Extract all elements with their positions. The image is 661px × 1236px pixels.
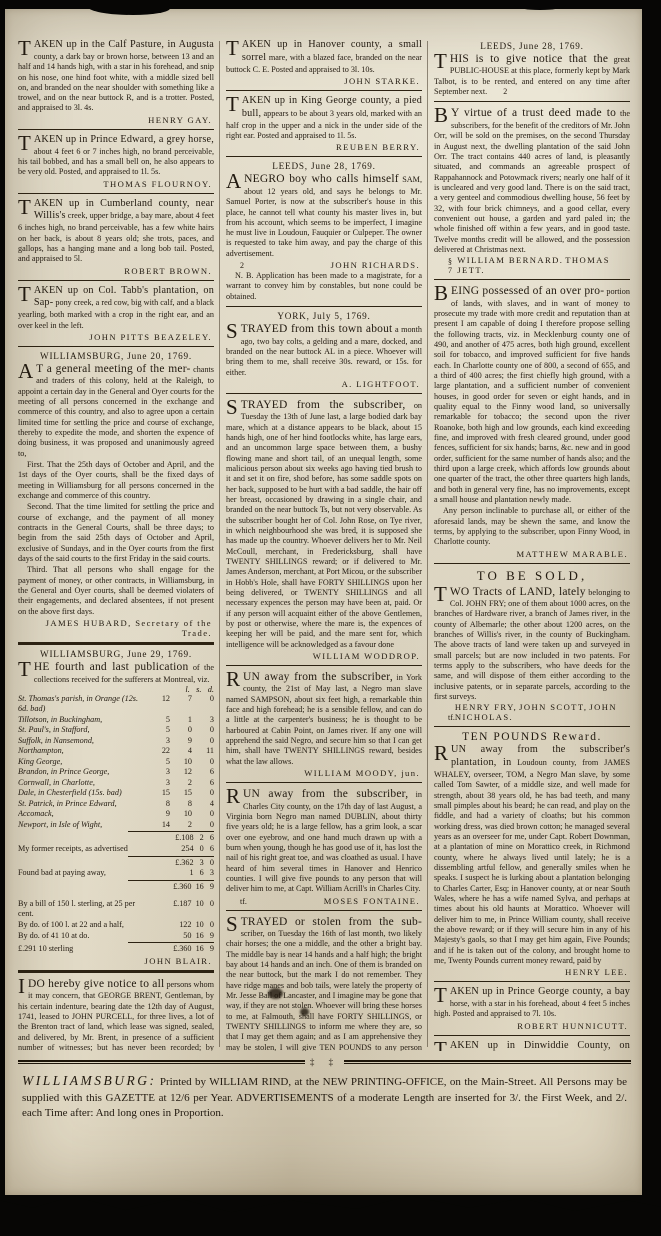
news-article-collections-publication: WILLIAMSBURG, June 29, 1769. THE fourth … (18, 649, 214, 966)
sum-label (18, 833, 142, 844)
news-article-brent-lease-notice: IDO hereby give notice to all persons wh… (18, 977, 214, 1051)
article-divider (226, 306, 422, 307)
news-article-taken-hanover: TAKEN up in Hanover county, a small sorr… (226, 39, 422, 86)
article-body: BEING possessed of an over pro- portion … (434, 284, 630, 505)
signature: REUBEN BERRY. (226, 142, 420, 152)
pence: 0 (192, 809, 214, 820)
news-article-merchants-meeting: WILLIAMSBURG, June 20, 1769. AT a genera… (18, 351, 214, 638)
pounds: 3 (148, 767, 170, 778)
sum-value: £.187 10 0 (142, 899, 214, 920)
article-body: TWO Tracts of LAND, lately belonging to … (434, 585, 630, 703)
article-body: STRAYED from this town about a month ago… (226, 322, 422, 378)
article-divider (226, 90, 422, 91)
sum-row: £.291 10 sterling£.360 16 9 (18, 944, 214, 955)
news-article-fry-land-sale: TO BE SOLD, TWO Tracts of LAND, lately b… (434, 568, 630, 723)
article-lead: EING possessed of an over pro- (451, 285, 604, 297)
signature-row: § 7 WILLIAM BERNARD.THOMAS JETT. (434, 255, 630, 275)
signature-row: tf.MOSES FONTAINE. (226, 895, 422, 906)
sum-row: £.108 2 6 (18, 833, 214, 844)
printer-colophon: WILLIAMSBURG: Printed by WILLIAM RIND, a… (18, 1071, 631, 1122)
article-divider (18, 280, 214, 281)
article-divider (18, 346, 214, 347)
parish-name: Dale, in Chesterfield (15s. bad) (18, 788, 148, 799)
sum-label (18, 858, 142, 869)
article-body: IDO hereby give notice to all persons wh… (18, 977, 214, 1051)
table-row: Suffolk, in Nansemond,390 (18, 736, 214, 747)
news-article-strayed-bay-mare: STRAYED from the subscriber, on Tuesday … (226, 398, 422, 661)
section-divider (18, 642, 214, 645)
sum-value: £.362 3 0 (142, 858, 214, 869)
article-lead: UN away from the subscriber, (243, 671, 393, 683)
shillings: 12 (170, 767, 192, 778)
signature: JOHN BLAIR. (18, 956, 212, 966)
signature: HENRY FRY, (455, 702, 517, 712)
collections-table: St. Thomas's parish, in Orange (12s. 6d.… (18, 694, 214, 831)
ink-blot (268, 988, 283, 999)
article-body: TAKEN up in Prince George county, a bay … (434, 986, 630, 1020)
drop-cap: S (226, 915, 241, 932)
insertion-marker: tf. (434, 713, 455, 722)
rule-bar (344, 1060, 631, 1064)
signature: WILLIAM WODDROP. (226, 651, 420, 661)
pounds: 15 (148, 788, 170, 799)
news-article-negro-boy-sam: LEEDS, June 28, 1769. ANEGRO boy who cal… (226, 161, 422, 302)
drop-cap: S (226, 322, 241, 339)
sum-row: By a bill of 150 l. sterling, at 25 per … (18, 899, 214, 920)
column-rule (427, 41, 428, 1047)
sum-row: £.360 16 9 (18, 882, 214, 893)
torn-edge-blob (514, 0, 566, 10)
article-text: scriber, on Tuesday the 16th of last mon… (226, 929, 422, 1051)
news-article-strayed-chair-horses: STRAYED or stolen from the sub- scriber,… (226, 915, 422, 1052)
parish-name: Newport, in Isle of Wight, (18, 820, 148, 831)
news-article-taken-cumberland: TAKEN up in Cumberland county, near Will… (18, 198, 214, 276)
advert-headline: TEN POUNDS Reward. (434, 731, 630, 743)
resolution-second: Second. That the time limited for settli… (18, 502, 214, 564)
drop-cap: R (226, 670, 243, 687)
dateline: LEEDS, June 28, 1769. (434, 41, 630, 51)
article-body: TAKEN up in Cumberland county, near Will… (18, 198, 214, 265)
sum-value: £.108 2 6 (142, 833, 214, 844)
article-text: in York county, the 21st of May last, a … (226, 673, 422, 766)
news-article-public-house: LEEDS, June 28, 1769. THIS is to give no… (434, 41, 630, 97)
sum-row: By do. of 41 10 at do.50 16 9 (18, 931, 214, 942)
parish-name: Cornwall, in Charlotte, (18, 778, 148, 789)
article-divider (434, 279, 630, 280)
parish-name: Northampton, (18, 746, 148, 757)
news-article-taken-prince-edward: TAKEN up in Prince Edward, a grey horse,… (18, 134, 214, 189)
shillings: 10 (170, 757, 192, 768)
article-text: portion of lands, with slaves, and in wa… (434, 287, 630, 504)
news-article-strayed-york: YORK, July 5, 1769. STRAYED from this to… (226, 311, 422, 389)
shillings: 2 (170, 778, 192, 789)
drop-cap: T (18, 285, 34, 302)
shillings: 9 (170, 736, 192, 747)
article-lead: HE fourth and last publication (34, 661, 189, 673)
dateline: WILLIAMSBURG, June 20, 1769. (18, 351, 214, 361)
table-row: Accomack,9100 (18, 809, 214, 820)
signature: JOHN PITTS BEAZELEY. (18, 332, 212, 342)
pounds: 5 (148, 725, 170, 736)
article-lead: NEGRO boy who calls himself (244, 173, 399, 185)
signature: JOHN STARKE. (226, 76, 420, 86)
pence: 6 (192, 767, 214, 778)
drop-cap: T (434, 1040, 450, 1051)
drop-cap: B (434, 106, 451, 123)
dateline: WILLIAMSBURG, June 29, 1769. (18, 649, 214, 659)
sum-label: Found bad at paying away, (18, 868, 142, 879)
article-divider (434, 981, 630, 982)
article-divider (226, 393, 422, 394)
insertion-marker: tf. (226, 897, 247, 906)
article-divider (226, 782, 422, 783)
pounds: 3 (148, 778, 170, 789)
scan-edge-right (645, 0, 661, 1236)
shillings: 15 (170, 788, 192, 799)
article-body: RUN away from the subscriber, in Charles… (226, 787, 422, 894)
parish-name: St. Thomas's parish, in Orange (12s. 6d.… (18, 694, 148, 715)
insertion-marker: 2 (226, 261, 244, 270)
sum-rule (128, 880, 214, 881)
news-article-taken-king-george: TAKEN up in King George county, a pied b… (226, 95, 422, 152)
drop-cap: T (18, 39, 34, 56)
sum-value: £.360 16 9 (142, 944, 214, 955)
drop-cap: T (434, 986, 450, 1003)
article-lead: HIS is to give notice that the (450, 53, 608, 65)
pounds: 12 (148, 694, 170, 715)
table-row: St. Patrick, in Prince Edward,884 (18, 799, 214, 810)
shillings: 1 (170, 715, 192, 726)
article-body: ANEGRO boy who calls himself SAM, about … (226, 172, 422, 259)
article-text: Loudoun county, from JAMES WHALEY, overs… (434, 758, 630, 965)
signature: WILLIAM MOODY, jun. (226, 768, 420, 778)
sum-value: 122 10 0 (142, 920, 214, 931)
table-row: Tillotson, in Buckingham,513 (18, 715, 214, 726)
footer-rule: ‡ ‡ (18, 1057, 631, 1067)
table-row: Dale, in Chesterfield (15s. bad)15150 (18, 788, 214, 799)
sum-value: 50 16 9 (142, 931, 214, 942)
colophon-place: WILLIAMSBURG: (22, 1073, 156, 1088)
article-text: the subscribers, for the benefit of the … (434, 109, 630, 253)
sum-value: 254 0 6 (142, 844, 214, 855)
article-body: THE fourth and last publication of the c… (18, 660, 214, 685)
signature-row: 2JOHN RICHARDS. (226, 259, 422, 270)
pence: 0 (192, 788, 214, 799)
drop-cap: R (434, 744, 451, 761)
table-row: Cornwall, in Charlotte,326 (18, 778, 214, 789)
article-lead: UN away from the subscriber, (243, 788, 408, 800)
pounds: 3 (148, 736, 170, 747)
article-divider (226, 910, 422, 911)
article-body: AT a general meeting of the mer- chants … (18, 362, 214, 459)
article-body: RUN away from the subscriber, in York co… (226, 670, 422, 767)
signatures: HENRY FRY,JOHN SCOTT,JOHN NICHOLAS. (455, 702, 630, 722)
sum-label: By a bill of 150 l. sterling, at 25 per … (18, 899, 142, 920)
signature: JOHN RICHARDS. (331, 260, 420, 270)
article-text: chants and traders of this colony, held … (18, 365, 214, 458)
pence: 11 (192, 746, 214, 757)
table-row: Brandon, in Prince George,3126 (18, 767, 214, 778)
signatures: WILLIAM BERNARD.THOMAS JETT. (457, 255, 630, 275)
article-body: BY virtue of a trust deed made to the su… (434, 106, 630, 255)
news-article-taken-dinwiddie: TAKEN up in Dinwiddie County, on Rocky r… (434, 1040, 630, 1051)
news-article-ten-pounds-reward: TEN POUNDS Reward. RUN away from the sub… (434, 731, 630, 977)
parish-name: St. Paul's, in Stafford, (18, 725, 148, 736)
sum-value: £.360 16 9 (142, 882, 214, 893)
sum-label: £.291 10 sterling (18, 944, 142, 955)
sum-row: My former receipts, as advertised254 0 6 (18, 844, 214, 855)
article-lead: WO Tracts of LAND, lately (450, 586, 586, 598)
article-lead: TRAYED from this town about (241, 323, 393, 335)
resolution-third: Third. That all persons who shall engage… (18, 565, 214, 617)
sum-rule (128, 942, 214, 943)
pounds: 8 (148, 799, 170, 810)
resolution-first: First. That the 25th days of October and… (18, 460, 214, 501)
article-lead: AKEN up in Prince Edward, a grey horse, (34, 134, 214, 145)
signature: HENRY GAY. (18, 115, 212, 125)
signature: JAMES HUBARD, Secretary of the Trade. (18, 618, 212, 638)
news-article-marable-lands: BEING possessed of an over pro- portion … (434, 284, 630, 558)
pence: 0 (192, 757, 214, 768)
column-rule (219, 41, 220, 1047)
article-divider (434, 726, 630, 727)
news-article-runaway-dublin: RUN away from the subscriber, in Charles… (226, 787, 422, 905)
shillings: 4 (170, 746, 192, 757)
sum-rule (128, 831, 214, 832)
article-body: THIS is to give notice that the great PU… (434, 52, 630, 97)
table-row: St. Thomas's parish, in Orange (12s. 6d.… (18, 694, 214, 715)
nota-bene: N. B. Application has been made to a mag… (226, 271, 422, 302)
drop-cap: A (18, 362, 36, 379)
drop-cap: T (18, 134, 34, 151)
article-lead: AKEN up in Dinwiddie County, on Rocky ru… (450, 1040, 630, 1051)
drop-cap: T (434, 52, 450, 69)
columns-area: TAKEN up in the Calf Pasture, in Augusta… (18, 39, 631, 1051)
sum-row: By do. of 100 l. at 22 and a half,122 10… (18, 920, 214, 931)
news-article-taken-prince-george: TAKEN up in Prince George county, a bay … (434, 986, 630, 1031)
article-body: RUN away from the subscriber's plantatio… (434, 744, 630, 966)
signature: JOHN SCOTT, (519, 702, 587, 712)
drop-cap: T (18, 660, 34, 677)
shillings: 2 (170, 820, 192, 831)
article-body: TAKEN up in Hanover county, a small sorr… (226, 39, 422, 75)
sum-row: £.362 3 0 (18, 858, 214, 869)
news-article-taken-tabbs-plantation: TAKEN up on Col. Tabb's plantation, on S… (18, 285, 214, 342)
shillings: 7 (170, 694, 192, 715)
article-body: TAKEN up in the Calf Pasture, in Augusta… (18, 39, 214, 114)
shillings: 8 (170, 799, 192, 810)
pence: 0 (192, 725, 214, 736)
shillings: 10 (170, 809, 192, 820)
newspaper-page: TAKEN up in the Calf Pasture, in Augusta… (5, 9, 642, 1195)
news-article-trust-deed-orr: BY virtue of a trust deed made to the su… (434, 106, 630, 275)
article-text: in Charles City county, on the 17th day … (226, 790, 422, 893)
news-article-taken-calf-pasture: TAKEN up in the Calf Pasture, in Augusta… (18, 39, 214, 125)
ink-blot (300, 1008, 309, 1016)
article-body: STRAYED from the subscriber, on Tuesday … (226, 398, 422, 650)
drop-cap: T (226, 95, 242, 112)
article-lead: AKEN up in Prince George county, a bay (450, 986, 630, 997)
table-row: Newport, in Isle of Wight,1420 (18, 820, 214, 831)
signature: HENRY LEE. (434, 967, 628, 977)
article-divider (18, 193, 214, 194)
parish-name: Tillotson, in Buckingham, (18, 715, 148, 726)
article-divider (434, 563, 630, 564)
article-text: belonging to Col. JOHN FRY; one of them … (434, 588, 630, 701)
parish-name: Suffolk, in Nansemond, (18, 736, 148, 747)
parish-name: Accomack, (18, 809, 148, 820)
article-divider (434, 101, 630, 102)
sum-label: My former receipts, as advertised (18, 844, 142, 855)
article-lead: T a general meeting of the mer- (36, 363, 190, 375)
signature: THOMAS FLOURNOY. (18, 179, 212, 189)
insertion-marker: § 7 (434, 257, 457, 275)
article-body: STRAYED or stolen from the sub- scriber,… (226, 915, 422, 1052)
article-body: TAKEN up in King George county, a pied b… (226, 95, 422, 141)
column-middle: TAKEN up in Hanover county, a small sorr… (226, 39, 422, 1051)
article-divider (18, 129, 214, 130)
rule-ornament: ‡ ‡ (310, 1057, 339, 1067)
drop-cap: I (18, 977, 28, 994)
article-text: persons whom it may concern, that GEORGE… (18, 980, 214, 1051)
insertion-marker: 2 (489, 87, 507, 96)
parish-name: Brandon, in Prince George, (18, 767, 148, 778)
pence: 4 (192, 799, 214, 810)
signature: WILLIAM BERNARD. (457, 255, 563, 265)
table-column-headers: l. s. d. (18, 685, 214, 694)
column-left: TAKEN up in the Calf Pasture, in Augusta… (18, 39, 214, 1051)
parish-name: King George, (18, 757, 148, 768)
sum-row: Found bad at paying away,1 6 3 (18, 868, 214, 879)
article-divider (434, 1035, 630, 1036)
drop-cap: S (226, 398, 241, 415)
pence: 0 (192, 736, 214, 747)
dateline: LEEDS, June 28, 1769. (226, 161, 422, 171)
pounds: 14 (148, 820, 170, 831)
sum-label (18, 882, 142, 893)
article-paragraph: Any person inclinable to purchase all, o… (434, 506, 630, 547)
drop-cap: T (18, 198, 34, 215)
article-body: TAKEN up on Col. Tabb's plantation, on S… (18, 285, 214, 331)
section-divider (18, 970, 214, 973)
pounds: 9 (148, 809, 170, 820)
sum-value: 1 6 3 (142, 868, 214, 879)
article-text: on Tuesday the 13th of June last, a larg… (226, 401, 422, 649)
article-lead: TRAYED or stolen from the sub- (241, 916, 422, 928)
rule-bar (18, 1060, 305, 1064)
column-right: LEEDS, June 28, 1769. THIS is to give no… (434, 39, 630, 1051)
table-row: St. Paul's, in Stafford,500 (18, 725, 214, 736)
table-row: King George,5100 (18, 757, 214, 768)
pounds: 5 (148, 757, 170, 768)
article-lead: TRAYED from the subscriber, (241, 399, 406, 411)
table-row: Northampton,22411 (18, 746, 214, 757)
article-text: county, a dark bay or brown horse, betwe… (18, 52, 214, 113)
article-lead: AKEN up in the Calf Pasture, in Augusta (34, 39, 214, 50)
scan-edge-left (0, 0, 5, 1236)
sum-label: By do. of 41 10 at do. (18, 931, 142, 942)
dateline: YORK, July 5, 1769. (226, 311, 422, 321)
parish-name: St. Patrick, in Prince Edward, (18, 799, 148, 810)
drop-cap: B (434, 284, 451, 301)
article-divider (226, 665, 422, 666)
article-text: about 4 feet 6 or 7 inches high, no bran… (18, 147, 214, 177)
pence: 0 (192, 694, 214, 715)
drop-cap: A (226, 172, 244, 189)
article-body: TAKEN up in Prince Edward, a grey horse,… (18, 134, 214, 178)
drop-cap: T (226, 39, 242, 56)
article-lead: DO hereby give notice to all (28, 978, 164, 990)
news-article-runaway-sampson: RUN away from the subscriber, in York co… (226, 670, 422, 778)
article-lead: Y virtue of a trust deed made to (451, 107, 616, 119)
pence: 0 (192, 820, 214, 831)
drop-cap: R (226, 787, 243, 804)
sum-label: By do. of 100 l. at 22 and a half, (18, 920, 142, 931)
article-divider (226, 156, 422, 157)
signature: A. LIGHTFOOT. (226, 379, 420, 389)
signature-row: tf. HENRY FRY,JOHN SCOTT,JOHN NICHOLAS. (434, 702, 630, 722)
pounds: 22 (148, 746, 170, 757)
article-body: TAKEN up in Dinwiddie County, on Rocky r… (434, 1040, 630, 1051)
article-text: SAM, about 12 years old, and says he bel… (226, 175, 422, 257)
drop-cap: T (434, 585, 450, 602)
pence: 3 (192, 715, 214, 726)
signature: MATTHEW MARABLE. (434, 549, 628, 559)
shillings: 0 (170, 725, 192, 736)
article-text: horse, with a star in his forehead, abou… (434, 999, 630, 1018)
advert-headline: TO BE SOLD, (434, 568, 630, 584)
signature: MOSES FONTAINE. (324, 896, 420, 906)
pounds: 5 (148, 715, 170, 726)
pence: 6 (192, 778, 214, 789)
signature: ROBERT HUNNICUTT. (434, 1021, 628, 1031)
sum-rule (128, 856, 214, 857)
signature: ROBERT BROWN. (18, 266, 212, 276)
